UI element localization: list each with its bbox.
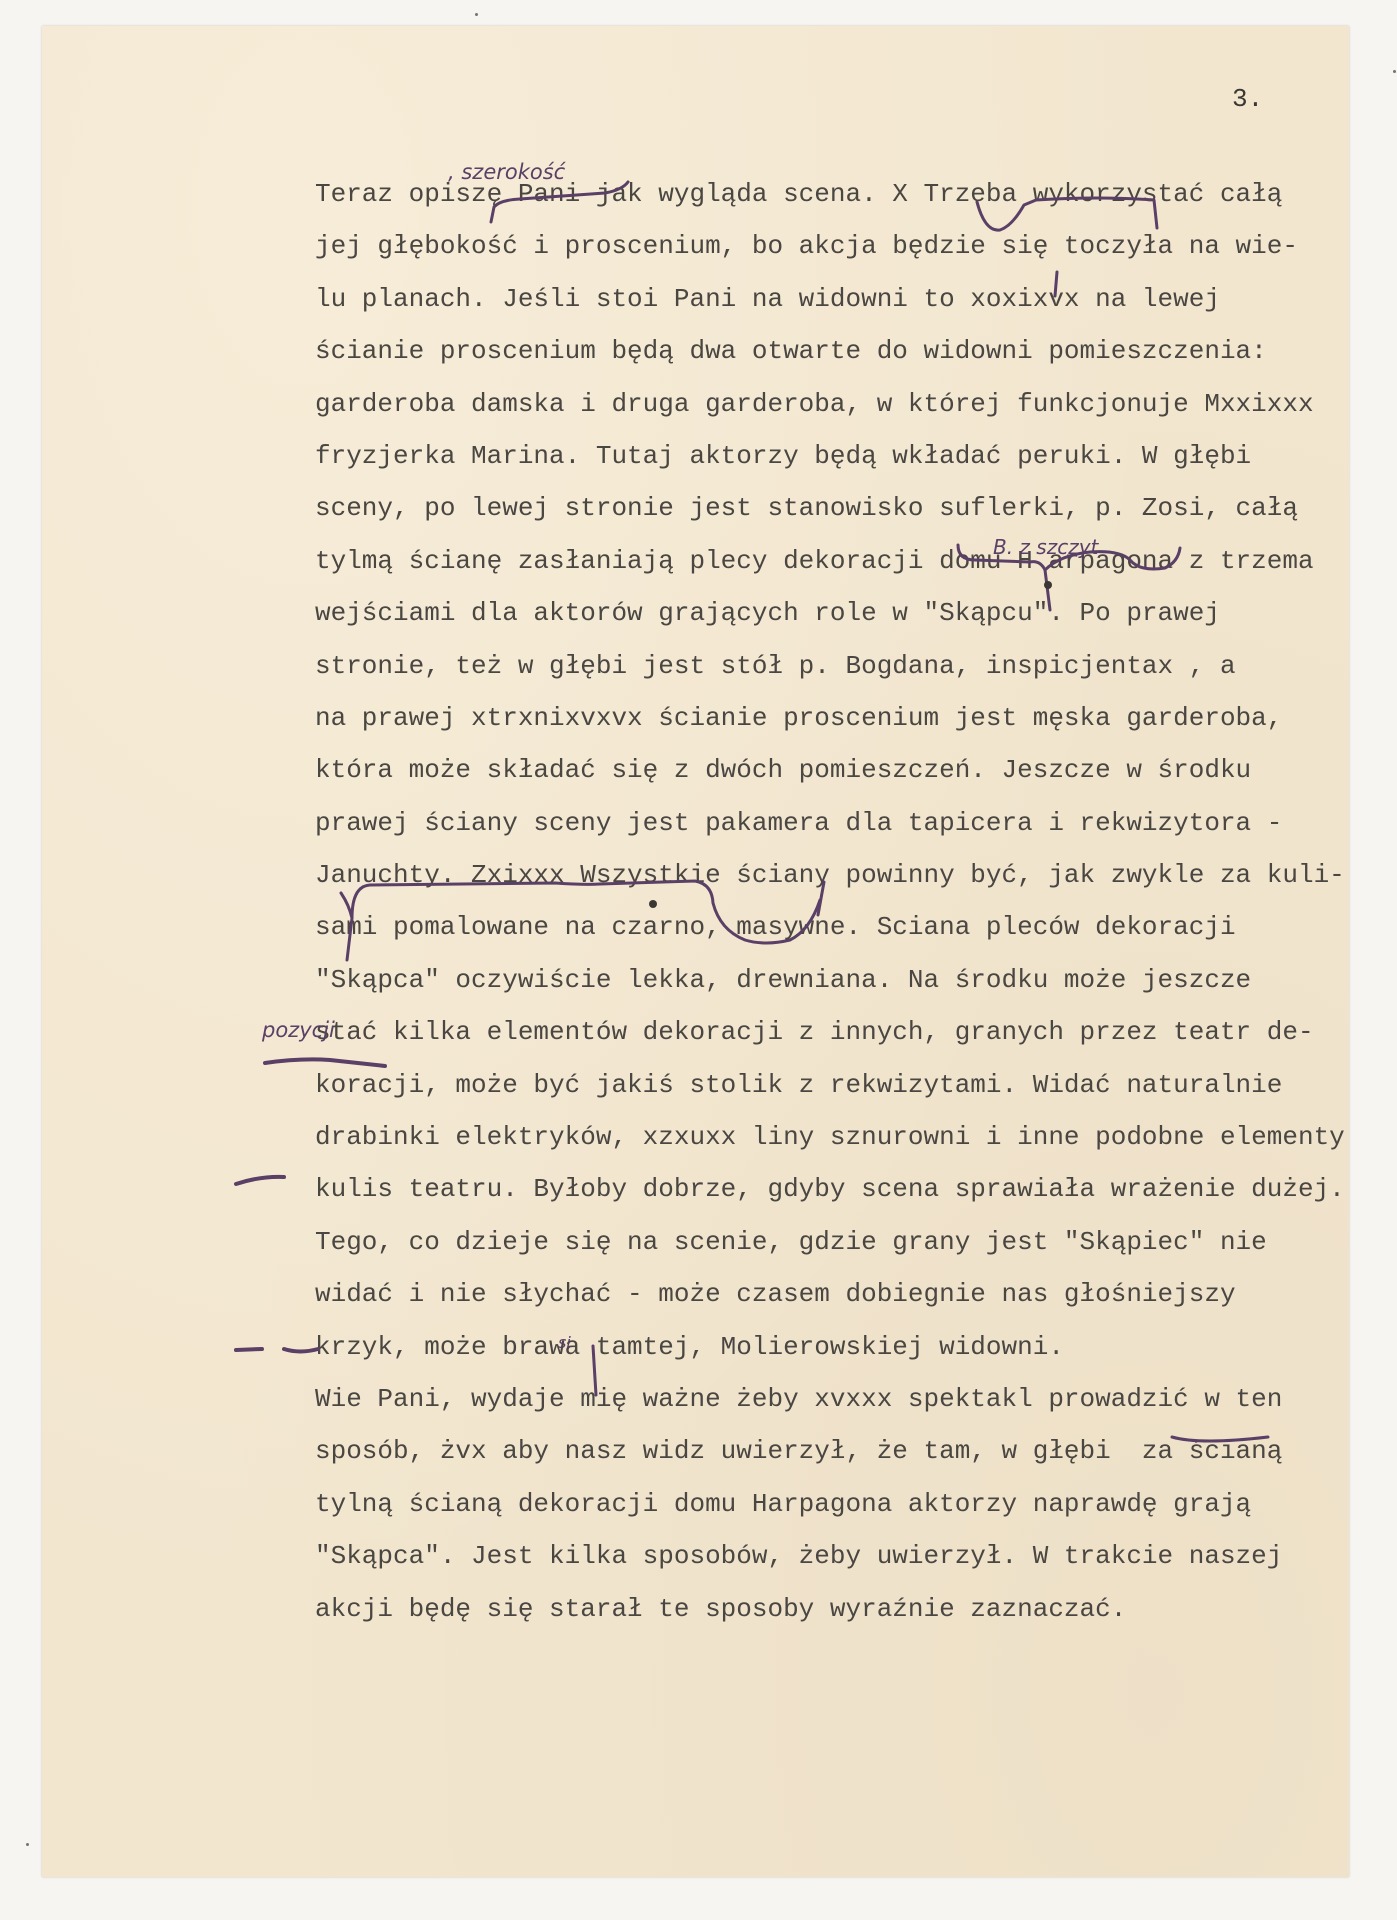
text-line: krzyk, może brawa tamtej, Molierowskiej … <box>315 1321 1395 1373</box>
text-line: stronie, też w głębi jest stół p. Bogdan… <box>315 640 1395 692</box>
text-line: wejściami dla aktorów grających role w "… <box>315 587 1395 639</box>
paper-speck <box>26 1843 29 1846</box>
text-line: "Skąpca" oczywiście lekka, drewniana. Na… <box>315 954 1395 1006</box>
text-line: ścianie proscenium będą dwa otwarte do w… <box>315 325 1395 377</box>
handwritten-insert-pozycji: pozycji <box>262 1018 335 1042</box>
typewritten-body: Teraz opiszę Pani jak wygląda scena. X T… <box>315 168 1395 1635</box>
text-line: Tego, co dzieje się na scenie, gdzie gra… <box>315 1216 1395 1268</box>
text-line: tylną ścianą dekoracji domu Harpagona ak… <box>315 1478 1395 1530</box>
text-line: fryzjerka Marina. Tutaj aktorzy będą wkł… <box>315 430 1395 482</box>
text-line: widać i nie słychać - może czasem dobieg… <box>315 1268 1395 1320</box>
text-line: sceny, po lewej stronie jest stanowisko … <box>315 482 1395 534</box>
text-line: kulis teatru. Byłoby dobrze, gdyby scena… <box>315 1163 1395 1215</box>
handwritten-insert-bzszczyt: B. z szczyt <box>993 535 1098 559</box>
text-line: jej głębokość i proscenium, bo akcja będ… <box>315 220 1395 272</box>
text-line: która może składać się z dwóch pomieszcz… <box>315 744 1395 796</box>
text-line: garderoba damska i druga garderoba, w kt… <box>315 378 1395 430</box>
text-line: sposób, żvx aby nasz widz uwierzył, że t… <box>315 1425 1395 1477</box>
text-line: sami pomalowane na czarno, masywne. Scia… <box>315 901 1395 953</box>
document-page: 3. Teraz opiszę Pani jak wygląda scena. … <box>42 26 1349 1877</box>
text-line: akcji będę się starał te sposoby wyraźni… <box>315 1583 1395 1635</box>
text-line: stać kilka elementów dekoracji z innych,… <box>315 1006 1395 1058</box>
text-line: lu planach. Jeśli stoi Pani na widowni t… <box>315 273 1395 325</box>
text-line: drabinki elektryków, xzxuxx liny sznurow… <box>315 1111 1395 1163</box>
text-line: Wie Pani, wydaje mię ważne żeby xvxxx sp… <box>315 1373 1395 1425</box>
text-line: Januchty. Zxixxx Wszystkie ściany powinn… <box>315 849 1395 901</box>
text-line: na prawej xtrxnixvxvx ścianie proscenium… <box>315 692 1395 744</box>
text-line: prawej ściany sceny jest pakamera dla ta… <box>315 797 1395 849</box>
paper-speck <box>1393 70 1396 73</box>
paper-speck <box>475 13 478 16</box>
page-number: 3. <box>1232 84 1263 114</box>
text-line: "Skąpca". Jest kilka sposobów, żeby uwie… <box>315 1530 1395 1582</box>
handwritten-insert-si: si <box>558 1333 571 1352</box>
handwritten-insert-szerokosc: , szerokość <box>448 160 565 184</box>
text-line: tylmą ścianę zasłaniają plecy dekoracji … <box>315 535 1395 587</box>
text-line: koracji, może być jakiś stolik z rekwizy… <box>315 1059 1395 1111</box>
